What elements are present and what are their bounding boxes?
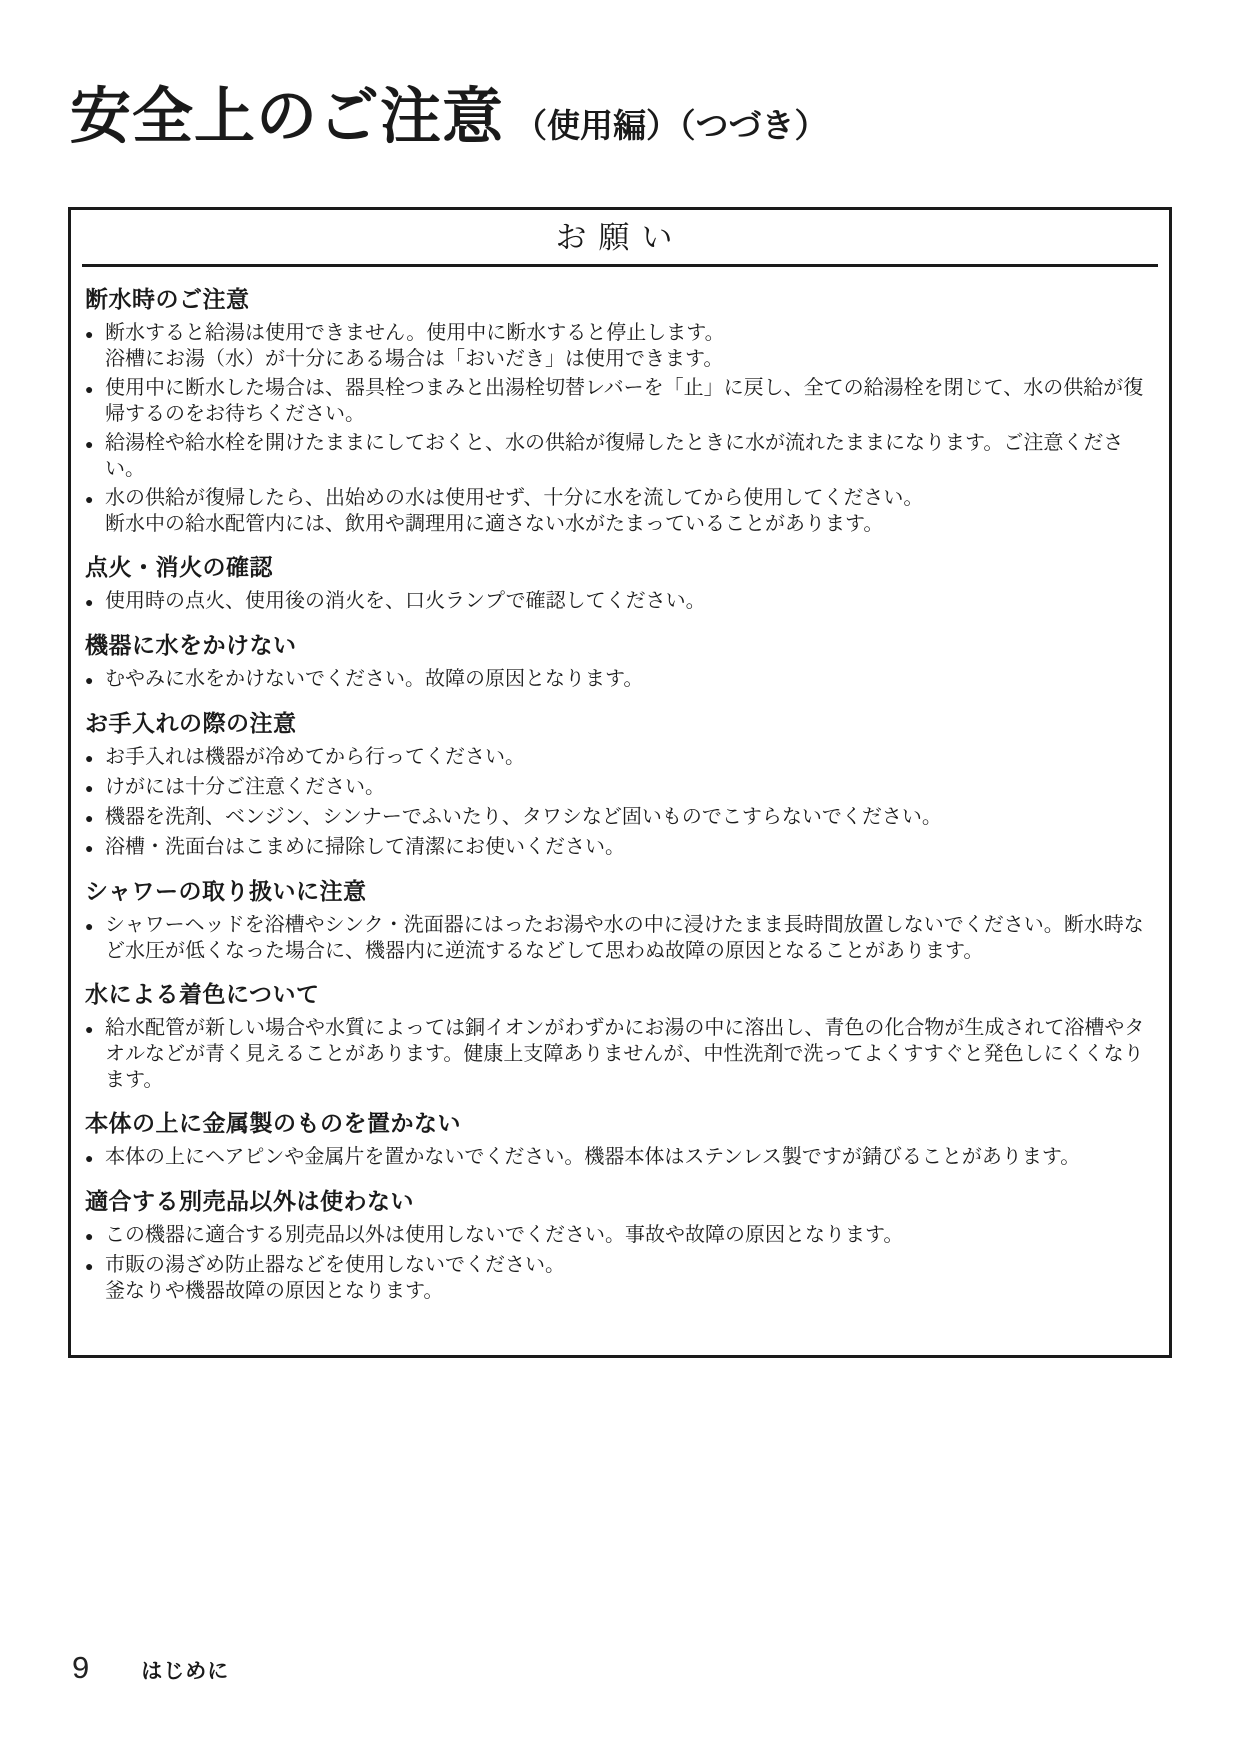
- bullet-text: お手入れは機器が冷めてから行ってください。: [105, 744, 1153, 770]
- bullet-item: ● 機器を洗剤、ベンジン、シンナーでふいたり、タワシなど固いものでこすらないでく…: [85, 804, 1153, 831]
- bullet-icon: ●: [85, 912, 105, 939]
- notice-box: お願い 断水時のご注意 ● 断水すると給湯は使用できません。使用中に断水すると停…: [68, 207, 1172, 1358]
- bullet-icon: ●: [85, 1144, 105, 1171]
- section-heading: シャワーの取り扱いに注意: [85, 877, 1153, 905]
- bullet-text: 機器を洗剤、ベンジン、シンナーでふいたり、タワシなど固いものでこすらないでくださ…: [105, 804, 1153, 830]
- bullet-list: ● シャワーヘッドを浴槽やシンク・洗面器にはったお湯や水の中に浸けたまま長時間放…: [85, 912, 1153, 964]
- bullet-item: ● 使用中に断水した場合は、器具栓つまみと出湯栓切替レバーを「止」に戻し、全ての…: [85, 375, 1153, 427]
- notice-section: 断水時のご注意 ● 断水すると給湯は使用できません。使用中に断水すると停止します…: [85, 285, 1153, 537]
- bullet-text: むやみに水をかけないでください。故障の原因となります。: [105, 666, 1153, 692]
- bullet-item: ● 給水配管が新しい場合や水質によっては銅イオンがわずかにお湯の中に溶出し、青色…: [85, 1015, 1153, 1093]
- bullet-icon: ●: [85, 588, 105, 615]
- bullet-icon: ●: [85, 804, 105, 831]
- section-heading: 点火・消火の確認: [85, 553, 1153, 581]
- notice-section: 本体の上に金属製のものを置かない ● 本体の上にヘアピンや金属片を置かないでくだ…: [85, 1109, 1153, 1171]
- bullet-icon: ●: [85, 774, 105, 801]
- bullet-text: 市販の湯ざめ防止器などを使用しないでください。 釜なりや機器故障の原因となります…: [105, 1252, 1153, 1304]
- section-heading: 機器に水をかけない: [85, 631, 1153, 659]
- bullet-item: ● けがには十分ご注意ください。: [85, 774, 1153, 801]
- bullet-text: けがには十分ご注意ください。: [105, 774, 1153, 800]
- page-title-main: 安全上のご注意: [70, 68, 504, 155]
- bullet-text: この機器に適合する別売品以外は使用しないでください。事故や故障の原因となります。: [105, 1222, 1153, 1248]
- page-title: 安全上のご注意 （使用編）（つづき）: [70, 68, 828, 155]
- bullet-list: ● この機器に適合する別売品以外は使用しないでください。事故や故障の原因となりま…: [85, 1222, 1153, 1304]
- bullet-text: 給水配管が新しい場合や水質によっては銅イオンがわずかにお湯の中に溶出し、青色の化…: [105, 1015, 1153, 1093]
- bullet-icon: ●: [85, 666, 105, 693]
- bullet-text: 水の供給が復帰したら、出始めの水は使用せず、十分に水を流してから使用してください…: [105, 485, 1153, 537]
- bullet-item: ● 本体の上にヘアピンや金属片を置かないでください。機器本体はステンレス製ですが…: [85, 1144, 1153, 1171]
- bullet-item: ● 市販の湯ざめ防止器などを使用しないでください。 釜なりや機器故障の原因となり…: [85, 1252, 1153, 1304]
- bullet-item: ● 水の供給が復帰したら、出始めの水は使用せず、十分に水を流してから使用してくだ…: [85, 485, 1153, 537]
- bullet-list: ● お手入れは機器が冷めてから行ってください。 ● けがには十分ご注意ください。…: [85, 744, 1153, 861]
- bullet-text: 給湯栓や給水栓を開けたままにしておくと、水の供給が復帰したときに水が流れたままに…: [105, 430, 1153, 482]
- bullet-icon: ●: [85, 744, 105, 771]
- notice-box-header: お願い: [71, 210, 1169, 257]
- bullet-item: ● 断水すると給湯は使用できません。使用中に断水すると停止します。 浴槽にお湯（…: [85, 320, 1153, 372]
- page-footer: 9 はじめに: [72, 1650, 229, 1686]
- bullet-item: ● むやみに水をかけないでください。故障の原因となります。: [85, 666, 1153, 693]
- bullet-text: 使用中に断水した場合は、器具栓つまみと出湯栓切替レバーを「止」に戻し、全ての給湯…: [105, 375, 1153, 427]
- page-number: 9: [72, 1650, 89, 1686]
- bullet-icon: ●: [85, 375, 105, 402]
- bullet-list: ● 本体の上にヘアピンや金属片を置かないでください。機器本体はステンレス製ですが…: [85, 1144, 1153, 1171]
- bullet-item: ● お手入れは機器が冷めてから行ってください。: [85, 744, 1153, 771]
- bullet-list: ● むやみに水をかけないでください。故障の原因となります。: [85, 666, 1153, 693]
- bullet-text: 浴槽・洗面台はこまめに掃除して清潔にお使いください。: [105, 834, 1153, 860]
- bullet-item: ● 使用時の点火、使用後の消火を、口火ランプで確認してください。: [85, 588, 1153, 615]
- section-heading: 断水時のご注意: [85, 285, 1153, 313]
- bullet-icon: ●: [85, 320, 105, 347]
- bullet-icon: ●: [85, 485, 105, 512]
- section-heading: お手入れの際の注意: [85, 709, 1153, 737]
- bullet-list: ● 断水すると給湯は使用できません。使用中に断水すると停止します。 浴槽にお湯（…: [85, 320, 1153, 537]
- bullet-item: ● シャワーヘッドを浴槽やシンク・洗面器にはったお湯や水の中に浸けたまま長時間放…: [85, 912, 1153, 964]
- notice-section: お手入れの際の注意 ● お手入れは機器が冷めてから行ってください。 ● けがには…: [85, 709, 1153, 861]
- page-title-suffix: （使用編）（つづき）: [514, 100, 828, 147]
- bullet-text: シャワーヘッドを浴槽やシンク・洗面器にはったお湯や水の中に浸けたまま長時間放置し…: [105, 912, 1153, 964]
- bullet-icon: ●: [85, 1222, 105, 1249]
- notice-section: 適合する別売品以外は使わない ● この機器に適合する別売品以外は使用しないでくだ…: [85, 1187, 1153, 1304]
- bullet-item: ● この機器に適合する別売品以外は使用しないでください。事故や故障の原因となりま…: [85, 1222, 1153, 1249]
- bullet-text: 断水すると給湯は使用できません。使用中に断水すると停止します。 浴槽にお湯（水）…: [105, 320, 1153, 372]
- bullet-icon: ●: [85, 430, 105, 457]
- bullet-list: ● 使用時の点火、使用後の消火を、口火ランプで確認してください。: [85, 588, 1153, 615]
- section-heading: 水による着色について: [85, 980, 1153, 1008]
- notice-section: 機器に水をかけない ● むやみに水をかけないでください。故障の原因となります。: [85, 631, 1153, 693]
- manual-page: 安全上のご注意 （使用編）（つづき） お願い 断水時のご注意 ● 断水すると給湯…: [0, 0, 1240, 1754]
- section-heading: 本体の上に金属製のものを置かない: [85, 1109, 1153, 1137]
- bullet-icon: ●: [85, 1252, 105, 1279]
- bullet-icon: ●: [85, 834, 105, 861]
- bullet-text: 本体の上にヘアピンや金属片を置かないでください。機器本体はステンレス製ですが錆び…: [105, 1144, 1153, 1170]
- notice-section: シャワーの取り扱いに注意 ● シャワーヘッドを浴槽やシンク・洗面器にはったお湯や…: [85, 877, 1153, 964]
- bullet-item: ● 給湯栓や給水栓を開けたままにしておくと、水の供給が復帰したときに水が流れたま…: [85, 430, 1153, 482]
- footer-section-label: はじめに: [141, 1655, 229, 1685]
- notice-section: 水による着色について ● 給水配管が新しい場合や水質によっては銅イオンがわずかに…: [85, 980, 1153, 1093]
- notice-section: 点火・消火の確認 ● 使用時の点火、使用後の消火を、口火ランプで確認してください…: [85, 553, 1153, 615]
- section-heading: 適合する別売品以外は使わない: [85, 1187, 1153, 1215]
- notice-box-content: 断水時のご注意 ● 断水すると給湯は使用できません。使用中に断水すると停止します…: [71, 267, 1169, 1304]
- bullet-icon: ●: [85, 1015, 105, 1042]
- bullet-item: ● 浴槽・洗面台はこまめに掃除して清潔にお使いください。: [85, 834, 1153, 861]
- bullet-list: ● 給水配管が新しい場合や水質によっては銅イオンがわずかにお湯の中に溶出し、青色…: [85, 1015, 1153, 1093]
- bullet-text: 使用時の点火、使用後の消火を、口火ランプで確認してください。: [105, 588, 1153, 614]
